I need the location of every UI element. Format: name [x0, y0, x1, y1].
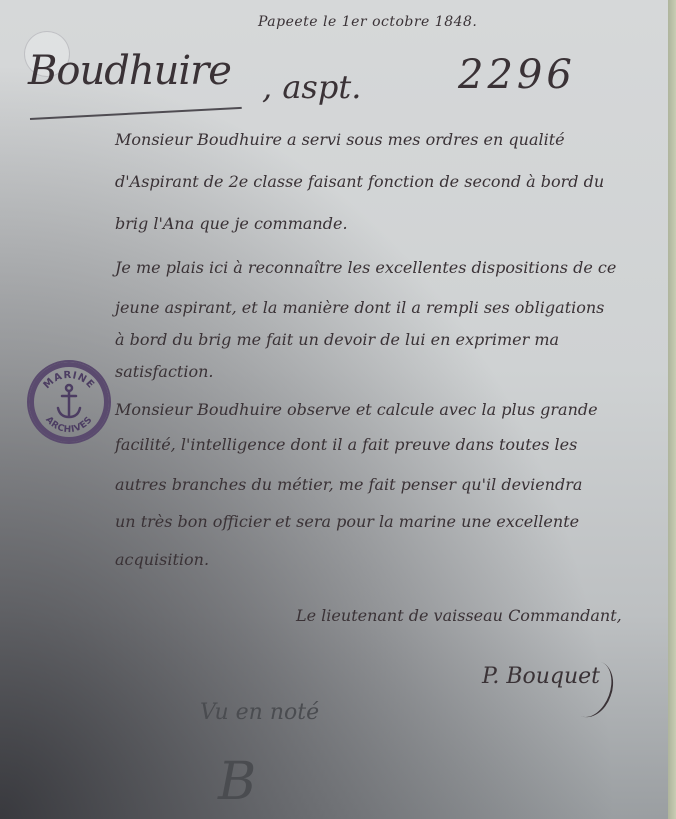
- letter-page: Papeete le 1er octobre 1848. Boudhuire ,…: [0, 0, 668, 819]
- pencil-note: Vu en noté: [200, 700, 319, 725]
- body-line: jeune aspirant, et la manière dont il a …: [115, 298, 604, 317]
- signatory-title: Le lieutenant de vaisseau Commandant,: [296, 606, 622, 625]
- body-line: Je me plais ici à reconnaître les excell…: [115, 258, 616, 277]
- body-line: Monsieur Boudhuire observe et calcule av…: [115, 400, 598, 419]
- pencil-initial: B: [218, 752, 256, 812]
- page-edge: [668, 0, 676, 819]
- margin-name: Boudhuire: [28, 48, 231, 94]
- stamp-graphic: MARINE ARCHIVES: [29, 362, 109, 442]
- place-date: Papeete le 1er octobre 1848.: [258, 14, 477, 30]
- file-number: 2296: [458, 52, 576, 98]
- anchor-icon: [58, 385, 80, 417]
- marine-archives-stamp: MARINE ARCHIVES: [27, 360, 111, 444]
- body-line: satisfaction.: [115, 362, 214, 381]
- svg-text:MARINE: MARINE: [42, 370, 97, 391]
- stamp-top-text: MARINE: [42, 370, 97, 391]
- name-underline: [30, 107, 242, 120]
- body-line: un très bon officier et sera pour la mar…: [115, 512, 579, 531]
- body-line: d'Aspirant de 2e classe faisant fonction…: [115, 172, 604, 191]
- margin-rank: , aspt.: [262, 68, 361, 106]
- body-line: facilité, l'intelligence dont il a fait …: [115, 435, 577, 454]
- body-line: autres branches du métier, me fait pense…: [115, 475, 582, 494]
- body-line: à bord du brig me fait un devoir de lui …: [115, 330, 559, 349]
- body-line: Monsieur Boudhuire a servi sous mes ordr…: [115, 130, 565, 149]
- body-line: brig l'Ana que je commande.: [115, 214, 348, 233]
- body-line: acquisition.: [115, 550, 209, 569]
